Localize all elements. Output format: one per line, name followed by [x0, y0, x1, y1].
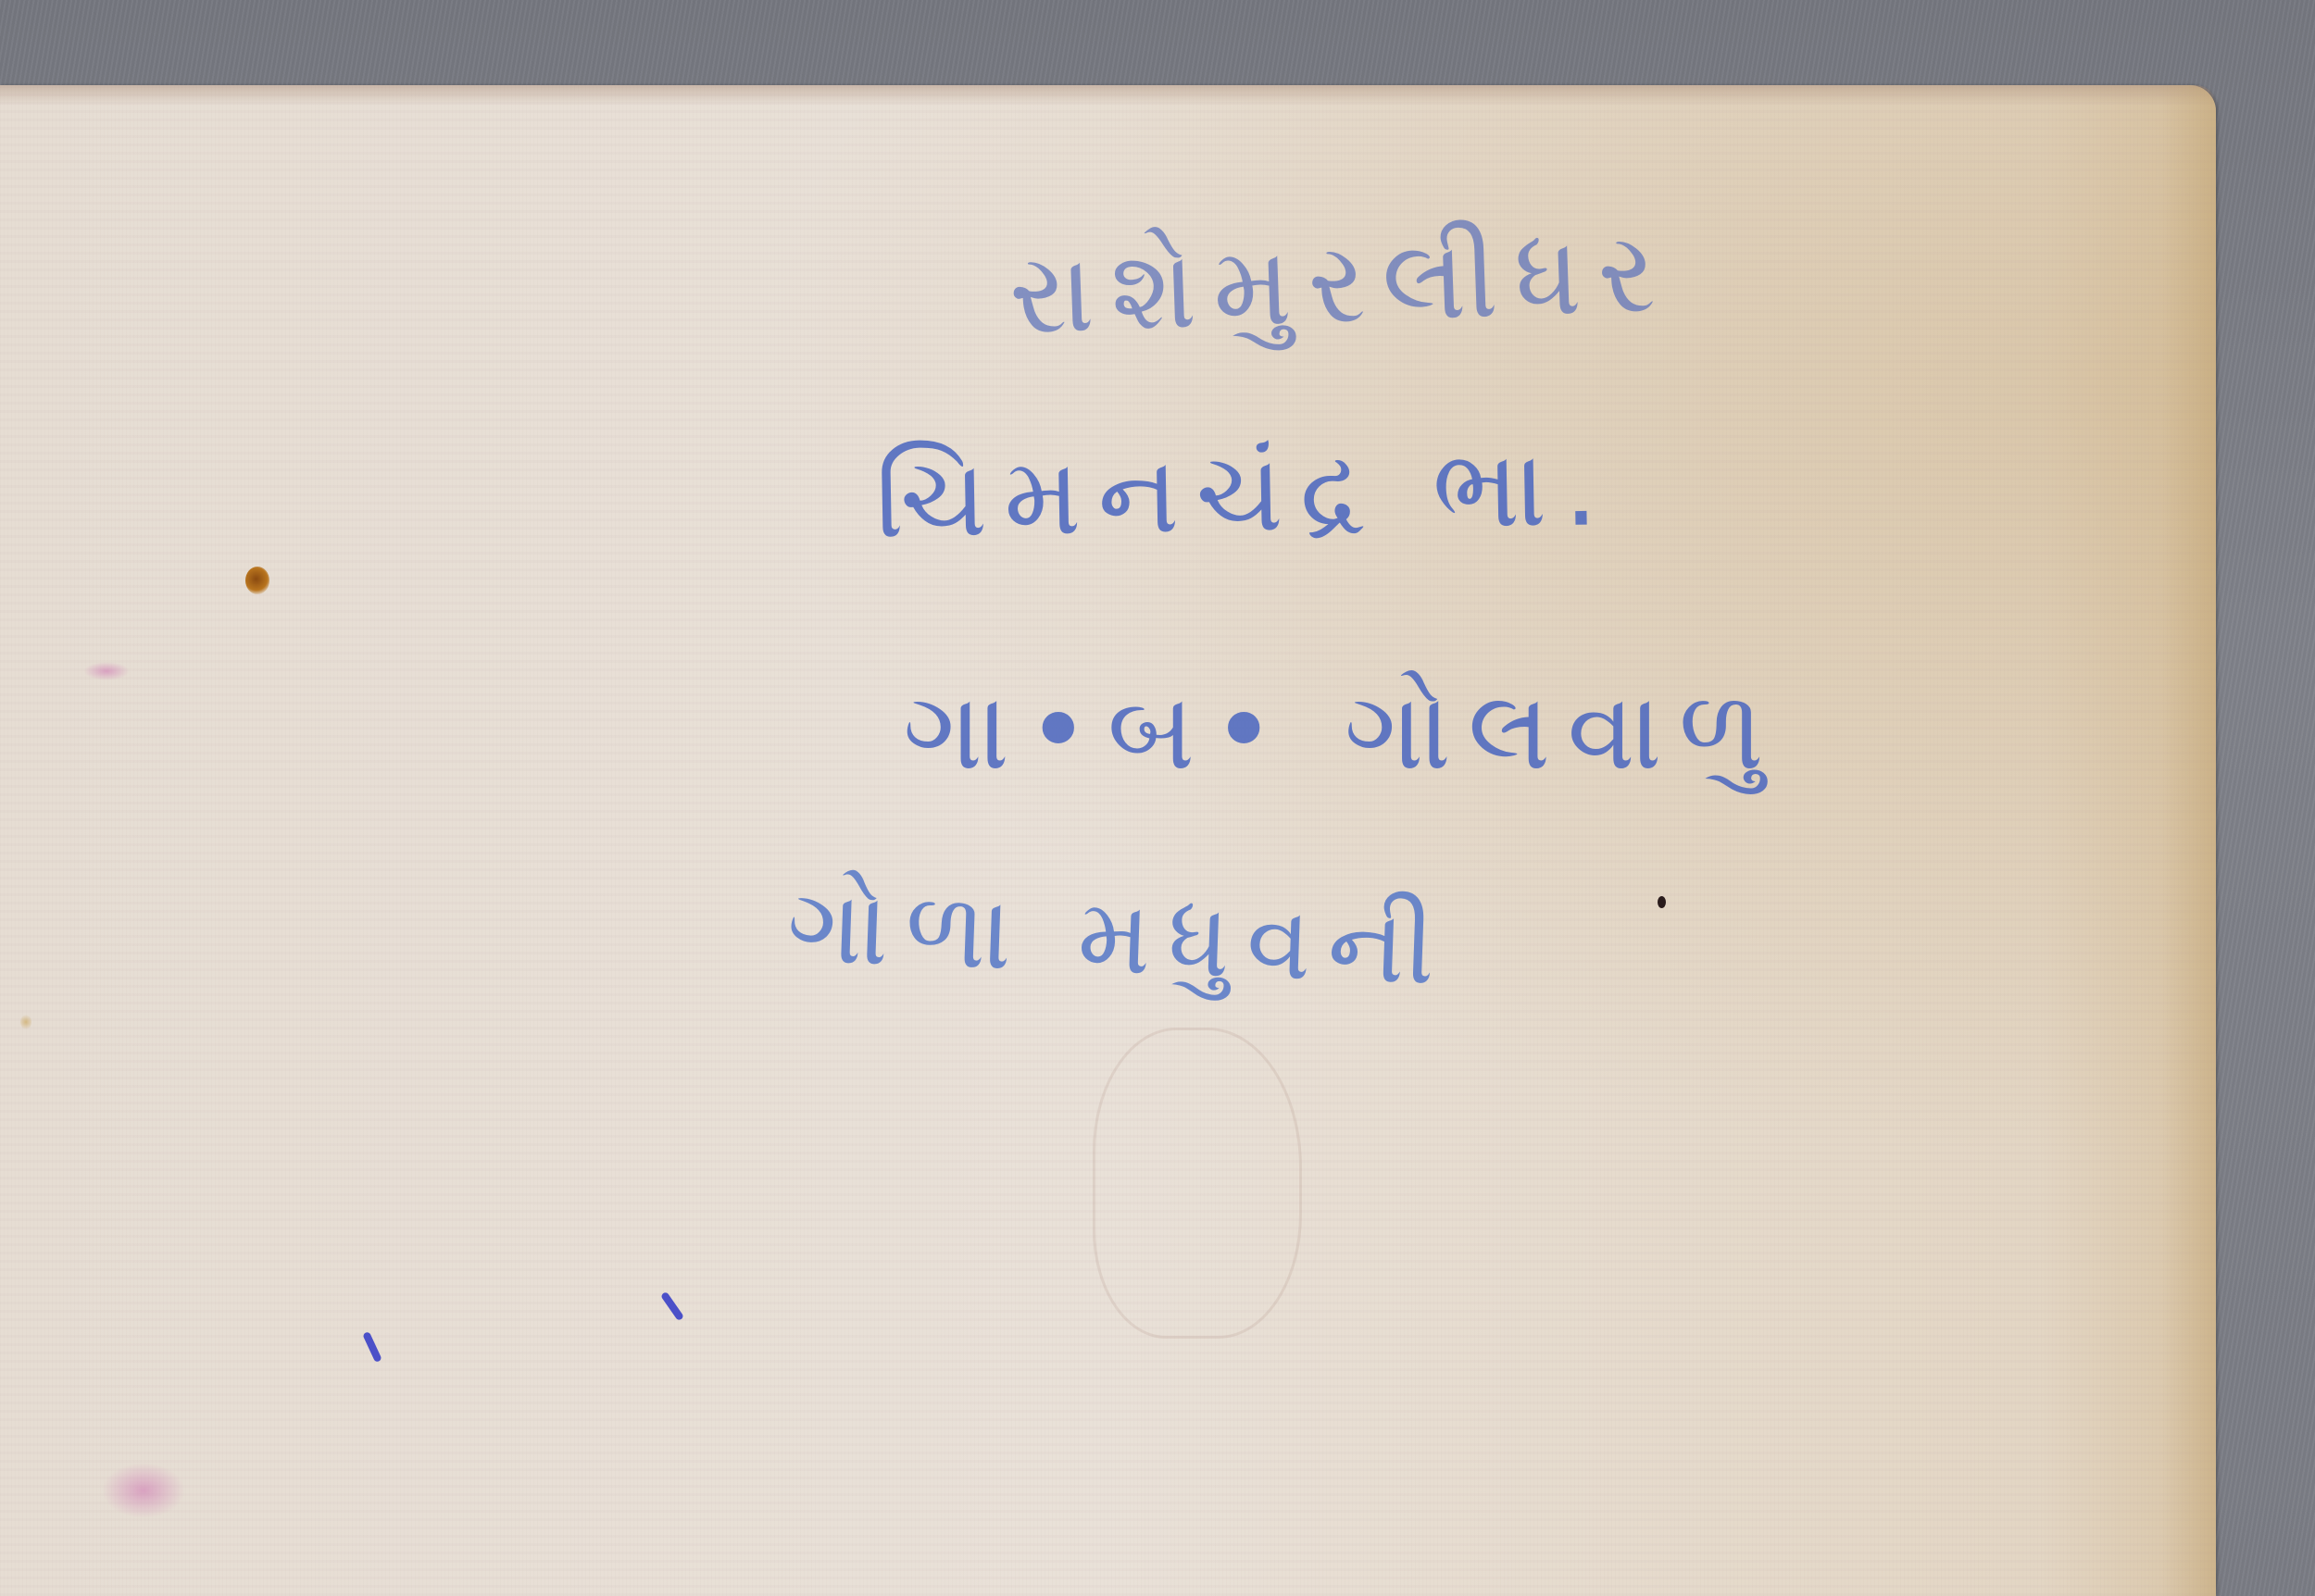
handwritten-line-3: ગા•બ• ગોલવાળુ	[903, 667, 1781, 796]
pink-smudge-1	[102, 1463, 185, 1518]
paper-top-edge	[0, 85, 2216, 106]
small-foxing-stain	[20, 1015, 31, 1029]
faint-watermark-shape	[1093, 1028, 1302, 1339]
rust-stain-icon	[245, 567, 269, 594]
handwritten-line-2: ચિમનચંદ્ર ભા.	[874, 422, 1616, 565]
paper-right-edge	[2160, 85, 2216, 1596]
pink-smudge-2	[83, 662, 130, 680]
handwritten-line-1: રાશેમુરલીધર	[1007, 208, 1674, 361]
handwritten-line-4: ગોળા મધુવની	[785, 866, 1454, 1011]
ink-speck	[1658, 896, 1666, 908]
